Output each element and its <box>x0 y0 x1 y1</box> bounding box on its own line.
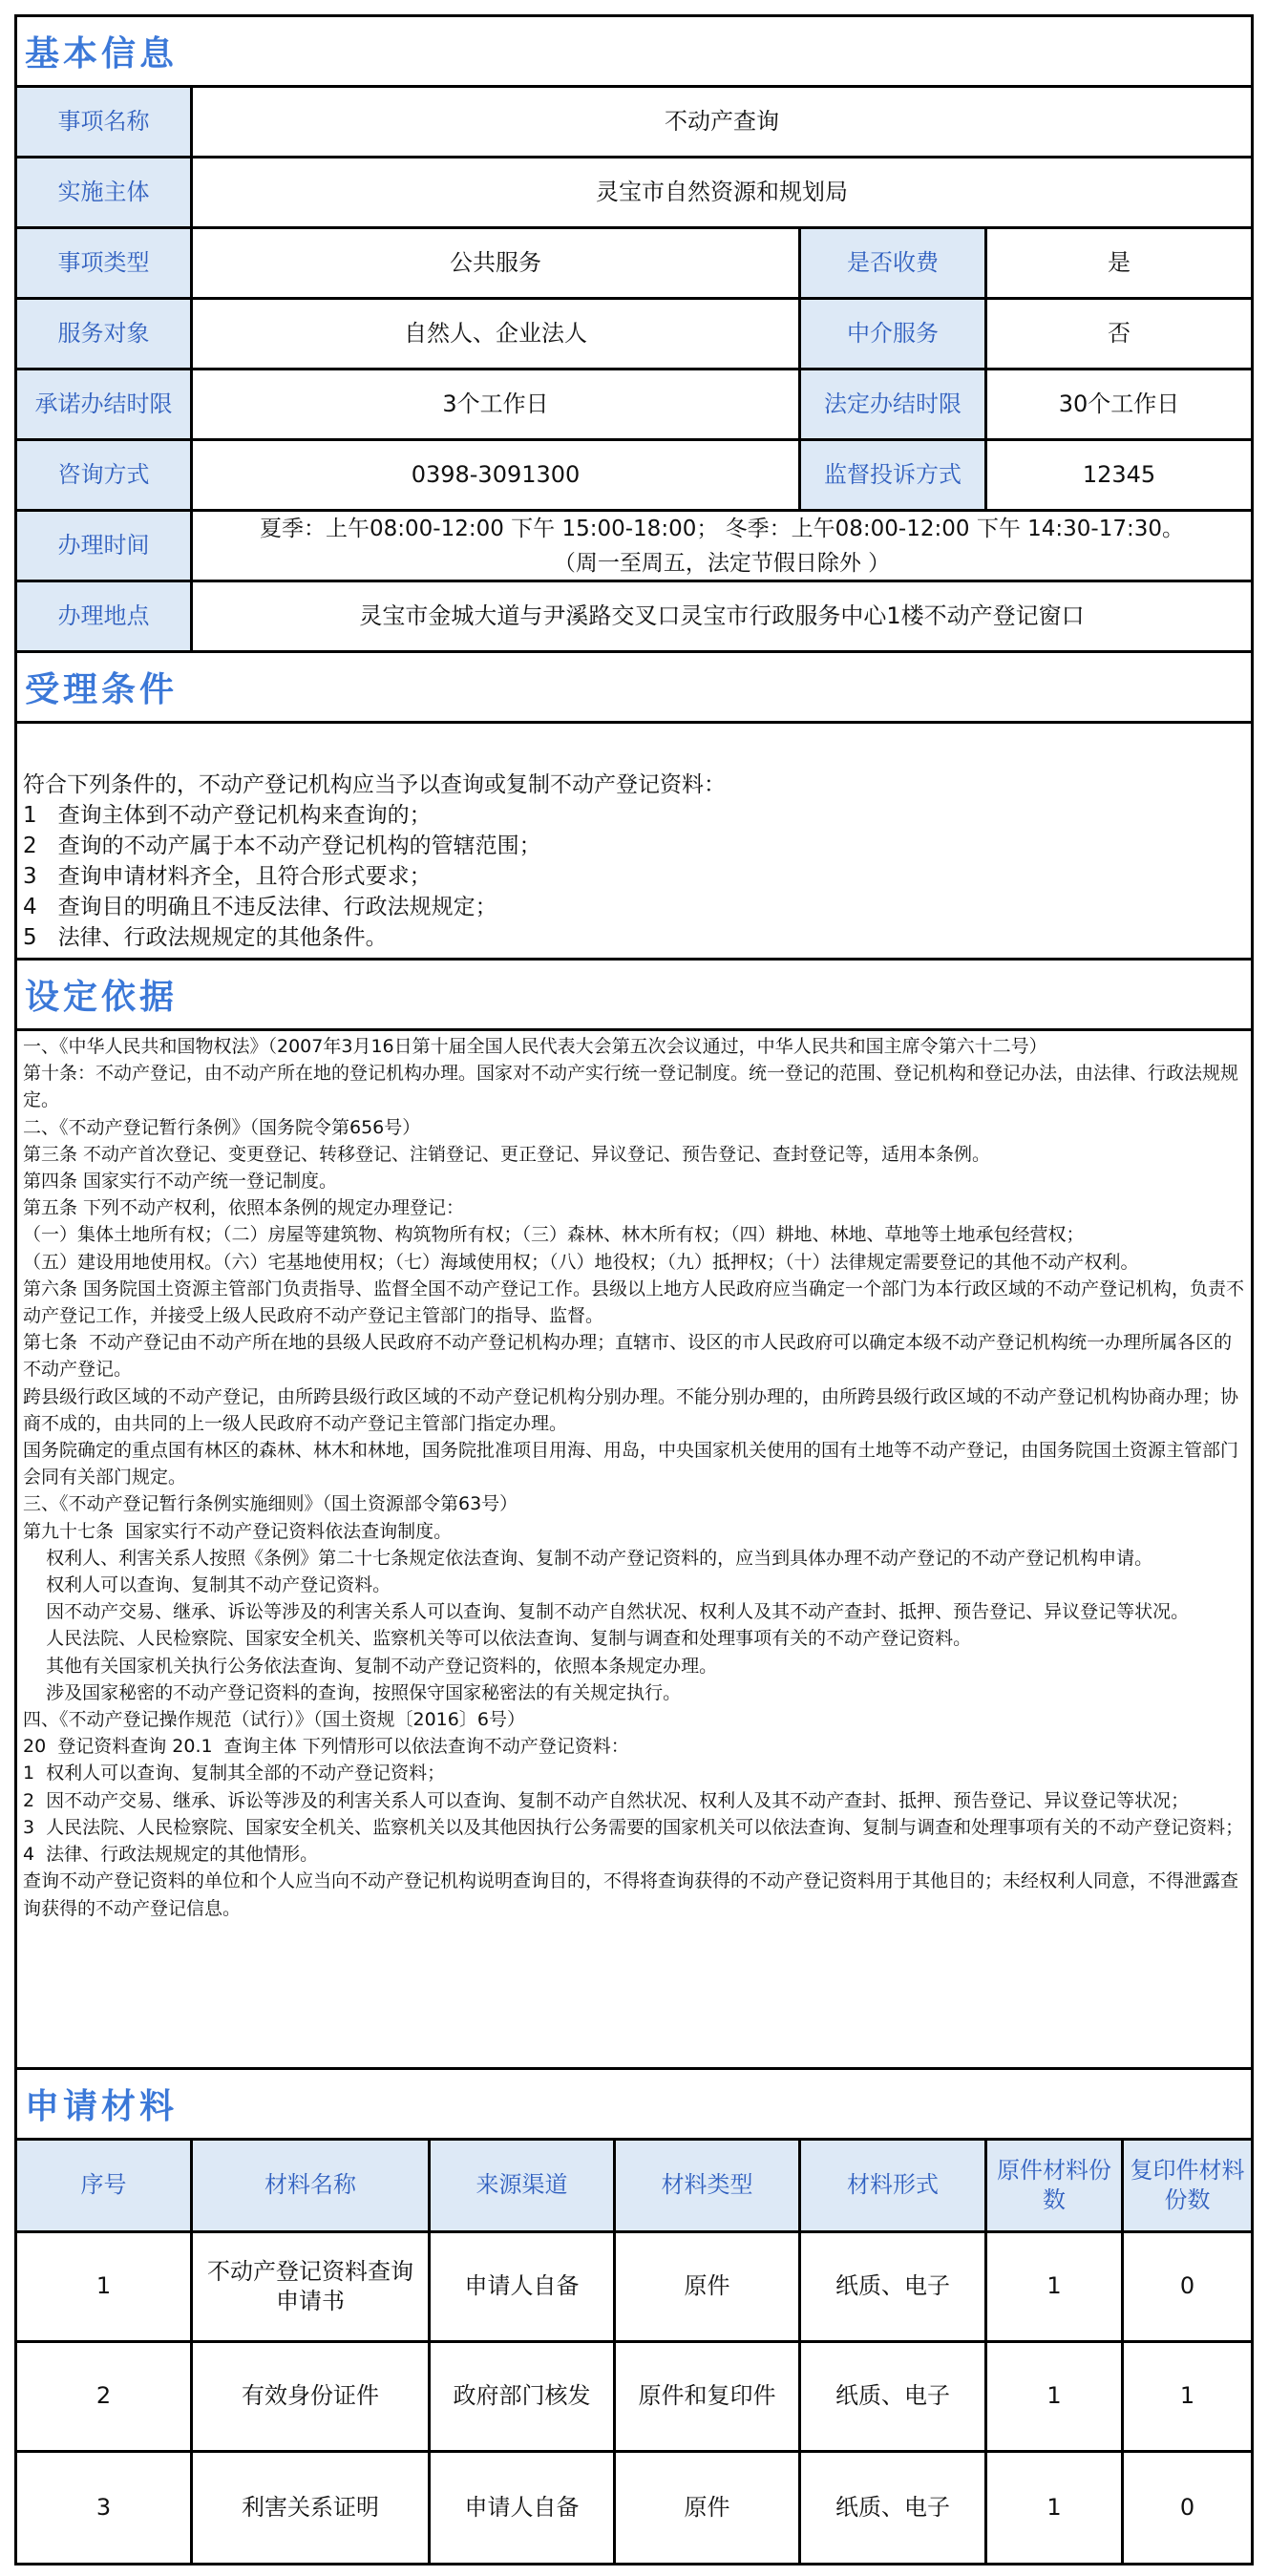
label-charge: 是否收费 <box>801 229 987 297</box>
value-legal-time: 30个工作日 <box>987 370 1251 438</box>
basis-line: 1 权利人可以查询、复制其全部的不动产登记资料； <box>23 1760 1245 1786</box>
cell-original-count: 1 <box>987 2453 1124 2563</box>
service-guide-sheet: 基本信息 事项名称 不动产查询 实施主体 灵宝市自然资源和规划局 事项类型 公共… <box>14 14 1254 2565</box>
condition-item: 5 法律、行政法规规定的其他条件。 <box>23 922 1245 953</box>
condition-item: 1 查询主体到不动产登记机构来查询的； <box>23 800 1245 831</box>
label-implementer: 实施主体 <box>17 158 193 226</box>
value-consult-phone: 0398-3091300 <box>193 441 801 509</box>
table-row: 2 有效身份证件 政府部门核发 原件和复印件 纸质、电子 1 1 <box>17 2343 1251 2453</box>
table-row: 3 利害关系证明 申请人自备 原件 纸质、电子 1 0 <box>17 2453 1251 2563</box>
value-item-name: 不动产查询 <box>193 88 1251 156</box>
label-location: 办理地点 <box>17 582 193 650</box>
basis-line: （五）建设用地使用权。（六）宅基地使用权；（七）海域使用权；（八）地役权；（九）… <box>23 1249 1245 1276</box>
row-time-limits: 承诺办结时限 3个工作日 法定办结时限 30个工作日 <box>17 370 1251 441</box>
row-location: 办理地点 灵宝市金城大道与尹溪路交叉口灵宝市行政服务中心1楼不动产登记窗口 <box>17 582 1251 653</box>
basis-line: 第三条 不动产首次登记、变更登记、转移登记、注销登记、更正登记、异议登记、预告登… <box>23 1141 1245 1168</box>
row-hours: 办理时间 夏季：上午08:00-12:00 下午 15:00-18:00； 冬季… <box>17 512 1251 582</box>
value-intermediary: 否 <box>987 300 1251 368</box>
table-row: 1 不动产登记资料查询申请书 申请人自备 原件 纸质、电子 1 0 <box>17 2233 1251 2343</box>
cell-name: 有效身份证件 <box>193 2343 431 2450</box>
section-header-basic-info: 基本信息 <box>17 17 1251 88</box>
cell-name: 不动产登记资料查询申请书 <box>193 2233 431 2340</box>
label-consult: 咨询方式 <box>17 441 193 509</box>
label-item-type: 事项类型 <box>17 229 193 297</box>
label-item-name: 事项名称 <box>17 88 193 156</box>
col-header-form: 材料形式 <box>801 2141 987 2230</box>
hours-line-weekdays: （周一至周五，法定节假日除外 ） <box>554 546 890 581</box>
section-title: 受理条件 <box>25 663 178 711</box>
basis-line: 其他有关国家机关执行公务依法查询、复制不动产登记资料的，依照本条规定办理。 <box>23 1653 1245 1679</box>
basis-line: 因不动产交易、继承、诉讼等涉及的利害关系人可以查询、复制不动产自然状况、权利人及… <box>23 1598 1245 1625</box>
condition-item: 3 查询申请材料齐全，且符合形式要求； <box>23 861 1245 892</box>
label-legal-time: 法定办结时限 <box>801 370 987 438</box>
cell-index: 2 <box>17 2343 193 2450</box>
col-header-original-count: 原件材料份数 <box>987 2141 1124 2230</box>
value-charge: 是 <box>987 229 1251 297</box>
basis-line: 涉及国家秘密的不动产登记资料的查询，按照保守国家秘密法的有关规定执行。 <box>23 1679 1245 1706</box>
cell-copy-count: 0 <box>1124 2453 1251 2563</box>
basis-line: （一）集体土地所有权；（二）房屋等建筑物、构筑物所有权；（三）森林、林木所有权；… <box>23 1221 1245 1248</box>
basis-line: 第十条：不动产登记，由不动产所在地的登记机构办理。国家对不动产实行统一登记制度。… <box>23 1060 1245 1113</box>
cell-form: 纸质、电子 <box>801 2233 987 2340</box>
value-hours: 夏季：上午08:00-12:00 下午 15:00-18:00； 冬季：上午08… <box>193 512 1251 580</box>
cell-original-count: 1 <box>987 2343 1124 2450</box>
basis-line: 20 登记资料查询 20.1 查询主体 下列情形可以依法查询不动产登记资料： <box>23 1733 1245 1760</box>
cell-type: 原件 <box>616 2233 801 2340</box>
row-item-type: 事项类型 公共服务 是否收费 是 <box>17 229 1251 300</box>
conditions-body: 符合下列条件的，不动产登记机构应当予以查询或复制不动产登记资料： 1 查询主体到… <box>17 724 1251 961</box>
col-header-index: 序号 <box>17 2141 193 2230</box>
basis-line: 权利人可以查询、复制其不动产登记资料。 <box>23 1572 1245 1598</box>
basis-line: 2 因不动产交易、继承、诉讼等涉及的利害关系人可以查询、复制不动产自然状况、权利… <box>23 1787 1245 1814</box>
row-item-name: 事项名称 不动产查询 <box>17 88 1251 158</box>
row-implementer: 实施主体 灵宝市自然资源和规划局 <box>17 158 1251 229</box>
basis-line: 国务院确定的重点国有林区的森林、林木和林地，国务院批准项目用海、用岛，中央国家机… <box>23 1437 1245 1490</box>
section-header-conditions: 受理条件 <box>17 653 1251 724</box>
value-implementer: 灵宝市自然资源和规划局 <box>193 158 1251 226</box>
cell-form: 纸质、电子 <box>801 2453 987 2563</box>
cell-original-count: 1 <box>987 2233 1124 2340</box>
condition-item: 2 查询的不动产属于本不动产登记机构的管辖范围； <box>23 831 1245 861</box>
cell-copy-count: 0 <box>1124 2233 1251 2340</box>
col-header-source: 来源渠道 <box>431 2141 616 2230</box>
cell-type: 原件和复印件 <box>616 2343 801 2450</box>
basis-line: 第七条 不动产登记由不动产所在地的县级人民政府不动产登记机构办理；直辖市、设区的… <box>23 1329 1245 1383</box>
value-promised-time: 3个工作日 <box>193 370 801 438</box>
cell-form: 纸质、电子 <box>801 2343 987 2450</box>
section-header-materials: 申请材料 <box>17 2070 1251 2141</box>
col-header-name: 材料名称 <box>193 2141 431 2230</box>
basis-line: 第五条 下列不动产权利，依照本条例的规定办理登记： <box>23 1194 1245 1221</box>
basis-line: 查询不动产登记资料的单位和个人应当向不动产登记机构说明查询目的，不得将查询获得的… <box>23 1868 1245 1921</box>
label-hours: 办理时间 <box>17 512 193 580</box>
basis-line: 四、《不动产登记操作规范（试行）》（国土资规〔2016〕6号） <box>23 1706 1245 1733</box>
section-header-legal-basis: 设定依据 <box>17 961 1251 1031</box>
basis-line: 一、《中华人民共和国物权法》（2007年3月16日第十届全国人民代表大会第五次会… <box>23 1033 1245 1060</box>
basis-line: 人民法院、人民检察院、国家安全机关、监察机关等可以依法查询、复制与调查和处理事项… <box>23 1625 1245 1652</box>
row-contact: 咨询方式 0398-3091300 监督投诉方式 12345 <box>17 441 1251 512</box>
basis-line: 第九十七条 国家实行不动产登记资料依法查询制度。 <box>23 1518 1245 1545</box>
label-intermediary: 中介服务 <box>801 300 987 368</box>
basis-line: 跨县级行政区域的不动产登记，由所跨县级行政区域的不动产登记机构分别办理。不能分别… <box>23 1383 1245 1437</box>
basis-line: 权利人、利害关系人按照《条例》第二十七条规定依法查询、复制不动产登记资料的，应当… <box>23 1545 1245 1572</box>
section-title: 设定依据 <box>25 970 178 1019</box>
basis-line: 二、《不动产登记暂行条例》（国务院令第656号） <box>23 1114 1245 1141</box>
col-header-type: 材料类型 <box>616 2141 801 2230</box>
cell-type: 原件 <box>616 2453 801 2563</box>
cell-name: 利害关系证明 <box>193 2453 431 2563</box>
section-title: 申请材料 <box>25 2080 178 2128</box>
cell-source: 政府部门核发 <box>431 2343 616 2450</box>
cell-source: 申请人自备 <box>431 2233 616 2340</box>
cell-index: 1 <box>17 2233 193 2340</box>
row-service-target: 服务对象 自然人、企业法人 中介服务 否 <box>17 300 1251 370</box>
legal-basis-body: 一、《中华人民共和国物权法》（2007年3月16日第十届全国人民代表大会第五次会… <box>17 1031 1251 2070</box>
section-title: 基本信息 <box>25 27 178 75</box>
value-complaint-hotline: 12345 <box>987 441 1251 509</box>
materials-table-header: 序号 材料名称 来源渠道 材料类型 材料形式 原件材料份数 复印件材料份数 <box>17 2141 1251 2233</box>
col-header-copy-count: 复印件材料份数 <box>1124 2141 1251 2230</box>
basis-line: 第六条 国务院国土资源主管部门负责指导、监督全国不动产登记工作。县级以上地方人民… <box>23 1276 1245 1329</box>
condition-intro: 符合下列条件的，不动产登记机构应当予以查询或复制不动产登记资料： <box>23 770 1245 800</box>
hours-line-seasons: 夏季：上午08:00-12:00 下午 15:00-18:00； 冬季：上午08… <box>260 512 1184 546</box>
value-item-type: 公共服务 <box>193 229 801 297</box>
label-promised-time: 承诺办结时限 <box>17 370 193 438</box>
cell-index: 3 <box>17 2453 193 2563</box>
label-service-target: 服务对象 <box>17 300 193 368</box>
label-complaint: 监督投诉方式 <box>801 441 987 509</box>
cell-source: 申请人自备 <box>431 2453 616 2563</box>
cell-copy-count: 1 <box>1124 2343 1251 2450</box>
basis-line: 4 法律、行政法规规定的其他情形。 <box>23 1841 1245 1868</box>
value-location: 灵宝市金城大道与尹溪路交叉口灵宝市行政服务中心1楼不动产登记窗口 <box>193 582 1251 650</box>
basis-line: 第四条 国家实行不动产统一登记制度。 <box>23 1168 1245 1194</box>
condition-item: 4 查询目的明确且不违反法律、行政法规规定； <box>23 892 1245 922</box>
materials-table-body: 1 不动产登记资料查询申请书 申请人自备 原件 纸质、电子 1 0 2 有效身份… <box>17 2233 1251 2563</box>
basis-line: 3 人民法院、人民检察院、国家安全机关、监察机关以及其他因执行公务需要的国家机关… <box>23 1814 1245 1841</box>
value-service-target: 自然人、企业法人 <box>193 300 801 368</box>
basis-line: 三、《不动产登记暂行条例实施细则》（国土资源部令第63号） <box>23 1490 1245 1517</box>
